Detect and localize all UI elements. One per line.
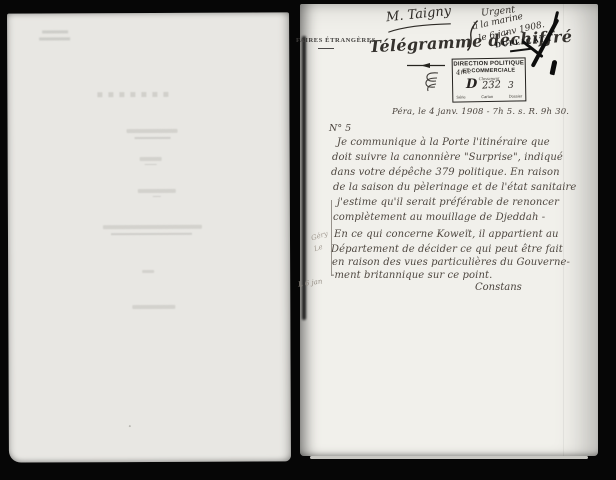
handwritten-carton-value: 232	[482, 79, 502, 91]
stamp-fields: Série Carton Dossier	[453, 93, 525, 99]
right-page-telegram: FAIRES ÉTRANGÈRES M. Taigny Urgent à la …	[300, 4, 598, 456]
ghost-underline	[135, 137, 171, 139]
handwritten-serie-value: D	[466, 77, 477, 92]
body-line: de la saison du pèlerinage et de l'état …	[333, 182, 576, 193]
body-line: Département de décider ce qui peut être …	[331, 244, 563, 255]
ghost-spaced-title	[97, 92, 168, 97]
ghost-underline	[153, 196, 161, 197]
ornamental-rule	[407, 62, 445, 69]
ghost-underline	[145, 164, 157, 165]
left-page	[7, 12, 291, 462]
margin-pencil-note: Le	[313, 243, 324, 253]
margin-pencil-line	[331, 200, 332, 276]
body-line: doit suivre la canonnière "Surprise", in…	[332, 152, 563, 163]
binding-shadow	[302, 36, 306, 320]
pencil-smudge	[42, 30, 68, 33]
body-line: -ment britannique sur ce point.	[331, 270, 492, 281]
ghost-text-line	[138, 189, 176, 193]
paper-speck	[129, 425, 131, 427]
body-line: complètement au mouillage de Djeddah -	[333, 212, 545, 223]
letterhead-rule	[318, 48, 334, 49]
dossier-label: Dossier	[509, 93, 523, 98]
ghost-text-line	[142, 270, 154, 273]
handwritten-dossier-value: 3	[508, 81, 514, 91]
body-line: en raison des vues particulières du Gouv…	[332, 257, 570, 268]
ghost-underline	[111, 233, 192, 235]
ghost-text-line	[103, 225, 202, 229]
body-line: Je communique à la Porte l'itinéraire qu…	[337, 137, 550, 148]
ghost-text-line	[127, 129, 178, 133]
ministry-letterhead: FAIRES ÉTRANGÈRES	[296, 37, 376, 44]
telegram-number: N° 5	[329, 123, 351, 134]
page-edge-shading	[563, 4, 564, 456]
ghost-text-line	[132, 305, 175, 309]
pencil-smudge	[39, 37, 70, 40]
serie-label: Série	[456, 94, 465, 99]
underlying-page-edge	[310, 456, 588, 459]
scanned-telegram-document: FAIRES ÉTRANGÈRES M. Taigny Urgent à la …	[0, 0, 616, 480]
body-line: j'estime qu'il serait préférable de reno…	[337, 197, 559, 208]
dateline-handwritten: Péra, le 4 janv. 1908 - 7h 5. s. R. 9h 3…	[392, 107, 569, 117]
body-line: dans votre dépêche 379 politique. En rai…	[331, 167, 560, 178]
carton-label: Carton	[481, 94, 493, 99]
ink-paraph-mark	[549, 60, 557, 76]
paraph-scribble	[424, 70, 441, 93]
signature-constans: Constans	[475, 282, 522, 293]
body-line: En ce qui concerne Koweït, il appartient…	[334, 229, 559, 240]
ghost-text-line	[140, 157, 162, 161]
margin-pencil-note: Géry	[310, 230, 329, 243]
